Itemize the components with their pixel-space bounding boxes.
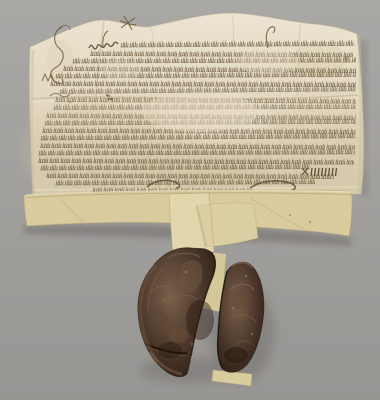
faded-text-patch — [236, 50, 300, 74]
faded-text-patch — [100, 60, 140, 80]
plica-speck — [289, 214, 291, 216]
faded-text-patch — [142, 92, 258, 132]
charter-photograph — [0, 0, 380, 400]
plica-speck — [309, 221, 311, 223]
text-line — [38, 148, 355, 156]
photo-canvas — [0, 0, 380, 400]
